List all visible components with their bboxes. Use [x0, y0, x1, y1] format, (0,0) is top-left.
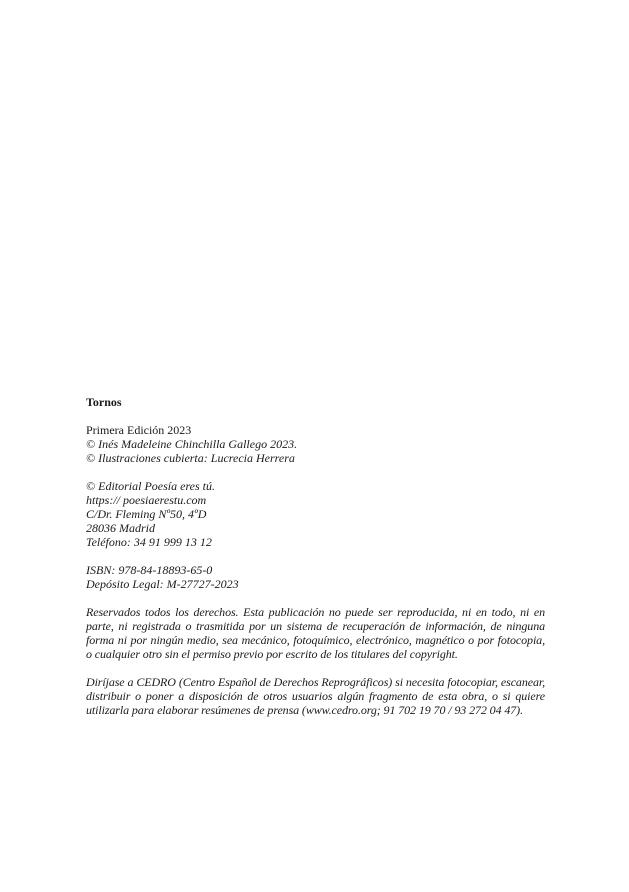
isbn: ISBN: 978-84-18893-65-0	[86, 563, 545, 577]
publisher-address: C/Dr. Fleming Nº50, 4ºD	[86, 507, 545, 521]
publisher-block: © Editorial Poesía eres tú. https:// poe…	[86, 479, 545, 549]
legal-deposit: Depósito Legal: M-27727-2023	[86, 577, 545, 591]
author-copyright: © Inés Madeleine Chinchilla Gallego 2023…	[86, 437, 545, 451]
edition-block: Primera Edición 2023 © Inés Madeleine Ch…	[86, 423, 545, 465]
cover-copyright: © Ilustraciones cubierta: Lucrecia Herre…	[86, 451, 545, 465]
publisher-phone: Teléfono: 34 91 999 13 12	[86, 535, 545, 549]
identifiers-block: ISBN: 978-84-18893-65-0 Depósito Legal: …	[86, 563, 545, 591]
first-edition: Primera Edición 2023	[86, 423, 545, 437]
publisher-name: © Editorial Poesía eres tú.	[86, 479, 545, 493]
book-title: Tornos	[86, 395, 545, 409]
cedro-notice: Diríjase a CEDRO (Centro Español de Dere…	[86, 675, 545, 717]
publisher-city: 28036 Madrid	[86, 521, 545, 535]
publisher-website[interactable]: https:// poesiaerestu.com	[86, 493, 545, 507]
copyright-page: Tornos Primera Edición 2023 © Inés Madel…	[86, 395, 545, 731]
rights-notice: Reservados todos los derechos. Esta publ…	[86, 605, 545, 661]
